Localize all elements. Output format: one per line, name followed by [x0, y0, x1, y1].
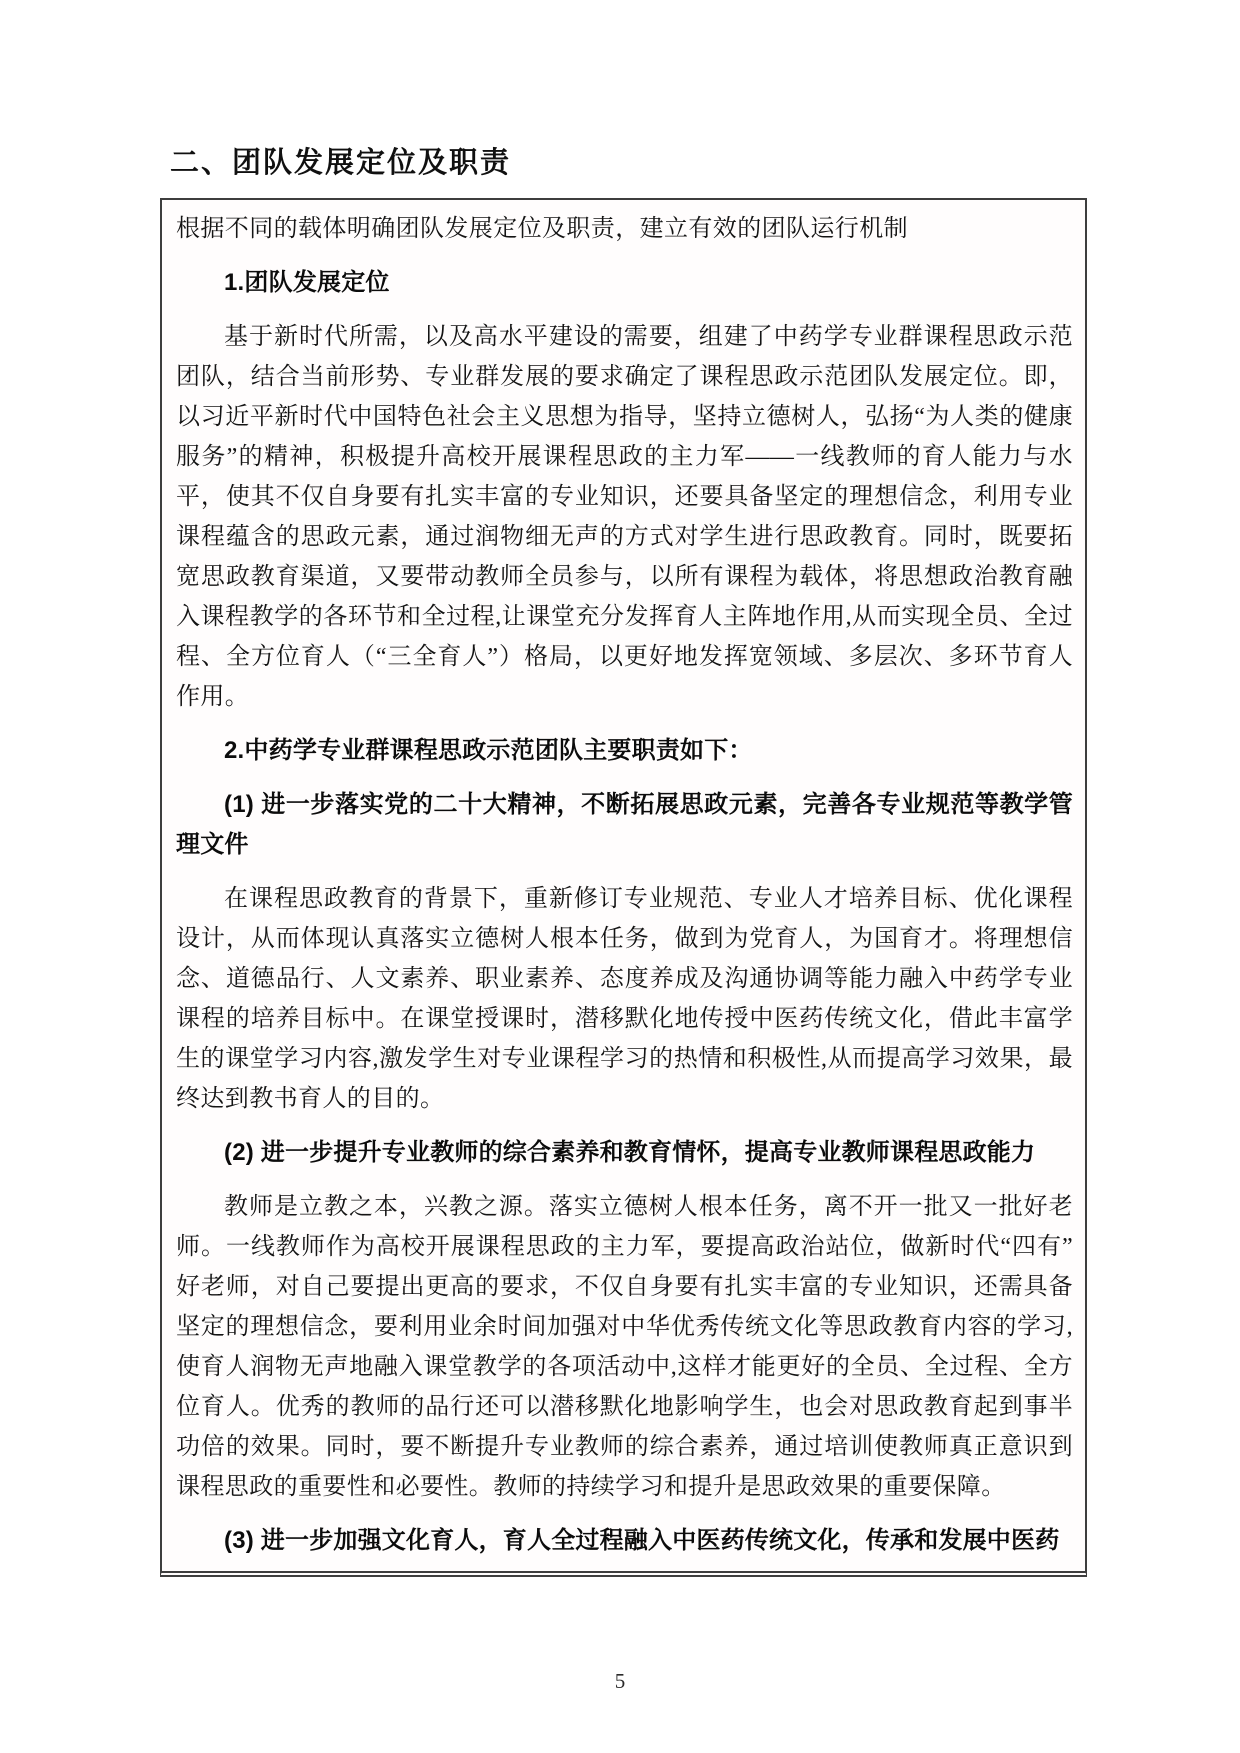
content-box: 根据不同的载体明确团队发展定位及职责，建立有效的团队运行机制 1.团队发展定位 …: [160, 198, 1087, 1577]
subheading-duty-3: (3) 进一步加强文化育人，育人全过程融入中医药传统文化，传承和发展中医药: [176, 1521, 1073, 1561]
page-number: 5: [0, 1666, 1240, 1696]
subheading-team-position: 1.团队发展定位: [176, 263, 1073, 303]
paragraph-duty-2: 教师是立教之本，兴教之源。落实立德树人根本任务，离不开一批又一批好老师。一线教师…: [176, 1187, 1073, 1507]
subheading-main-duties: 2.中药学专业群课程思政示范团队主要职责如下：: [176, 731, 1073, 771]
page-title: 二、团队发展定位及职责: [0, 0, 1240, 185]
document-page: 二、团队发展定位及职责 根据不同的载体明确团队发展定位及职责，建立有效的团队运行…: [0, 0, 1240, 1753]
subheading-duty-1: (1) 进一步落实党的二十大精神，不断拓展思政元素，完善各专业规范等教学管理文件: [176, 785, 1073, 865]
subheading-duty-2: (2) 进一步提升专业教师的综合素养和教育情怀，提高专业教师课程思政能力: [176, 1133, 1073, 1173]
paragraph-team-position: 基于新时代所需，以及高水平建设的需要，组建了中药学专业群课程思政示范团队，结合当…: [176, 317, 1073, 717]
paragraph-duty-1: 在课程思政教育的背景下，重新修订专业规范、专业人才培养目标、优化课程设计，从而体…: [176, 879, 1073, 1119]
intro-line: 根据不同的载体明确团队发展定位及职责，建立有效的团队运行机制: [176, 209, 1073, 249]
